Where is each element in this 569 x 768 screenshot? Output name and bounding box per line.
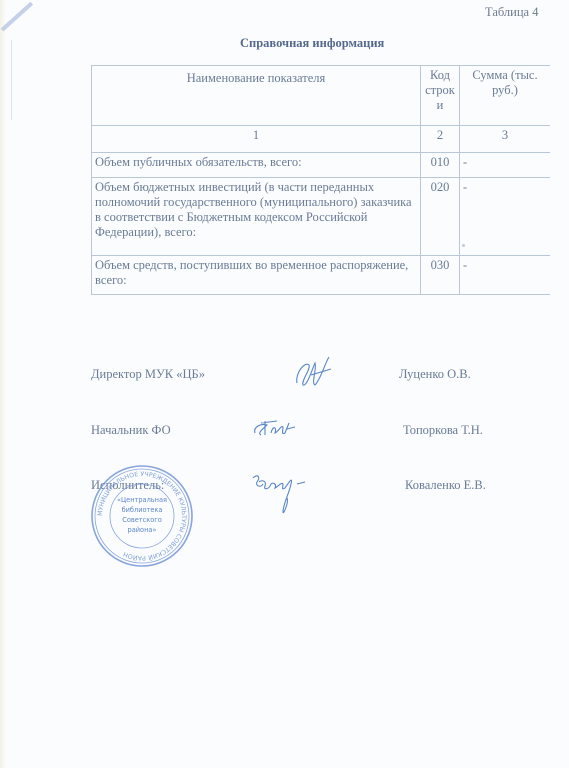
signatory-name: Луценко О.В. <box>399 367 471 382</box>
signatory-title: Начальник ФО <box>91 423 171 438</box>
scan-corner-mark <box>1 2 33 32</box>
table-row: Объем публичных обязательств, всего: 010… <box>92 153 551 178</box>
row-indicator-name: Объем публичных обязательств, всего: <box>92 153 421 178</box>
row-line-code: 010 <box>421 153 460 178</box>
scanned-page: Таблица 4 Справочная информация Наименов… <box>0 0 569 768</box>
column-number-2: 2 <box>421 126 460 153</box>
row-amount: - <box>460 153 551 178</box>
row-amount: - <box>460 256 551 295</box>
scan-speck <box>462 244 465 247</box>
row-amount: - <box>460 178 551 256</box>
column-number-1: 1 <box>92 126 421 153</box>
table-row: Объем средств, поступивших во временное … <box>92 256 551 295</box>
stamp-center-line: «Центральная <box>117 496 167 504</box>
table-number-label: Таблица 4 <box>485 5 538 20</box>
row-indicator-name: Объем бюджетных инвестиций (в части пере… <box>92 178 421 256</box>
header-indicator-name: Наименование показателя <box>92 66 421 126</box>
stamp-center-line: района» <box>128 526 157 534</box>
reference-info-table: Наименование показателя Код строк и Сумм… <box>91 65 550 295</box>
column-number-row: 1 2 3 <box>92 126 551 153</box>
signature-row-finance-head: Начальник ФО Топоркова Т.Н. <box>91 423 561 443</box>
signatory-title: Директор МУК «ЦБ» <box>91 367 205 382</box>
signatory-name: Коваленко Е.В. <box>405 478 486 493</box>
official-stamp-icon: МУНИЦИПАЛЬНОЕ УЧРЕЖДЕНИЕ КУЛЬТУРЫ СОВЕТС… <box>90 464 194 568</box>
stamp-center-line: библиотека <box>122 506 163 514</box>
table-header-row: Наименование показателя Код строк и Сумм… <box>92 66 551 126</box>
row-indicator-name: Объем средств, поступивших во временное … <box>92 256 421 295</box>
column-number-3: 3 <box>460 126 551 153</box>
document-title: Справочная информация <box>240 36 384 51</box>
scan-edge-line <box>11 40 12 120</box>
handwritten-signature-icon <box>251 415 297 441</box>
signature-row-director: Директор МУК «ЦБ» Луценко О.В. <box>91 367 561 387</box>
row-line-code: 030 <box>421 256 460 295</box>
header-line-code: Код строк и <box>421 66 460 126</box>
stamp-center-line: Советского <box>122 516 162 524</box>
signatory-name: Топоркова Т.Н. <box>403 423 483 438</box>
table-row: Объем бюджетных инвестиций (в части пере… <box>92 178 551 256</box>
handwritten-signature-icon <box>291 353 335 393</box>
row-line-code: 020 <box>421 178 460 256</box>
handwritten-signature-icon <box>249 472 309 522</box>
header-amount: Сумма (тыс. руб.) <box>460 66 551 126</box>
